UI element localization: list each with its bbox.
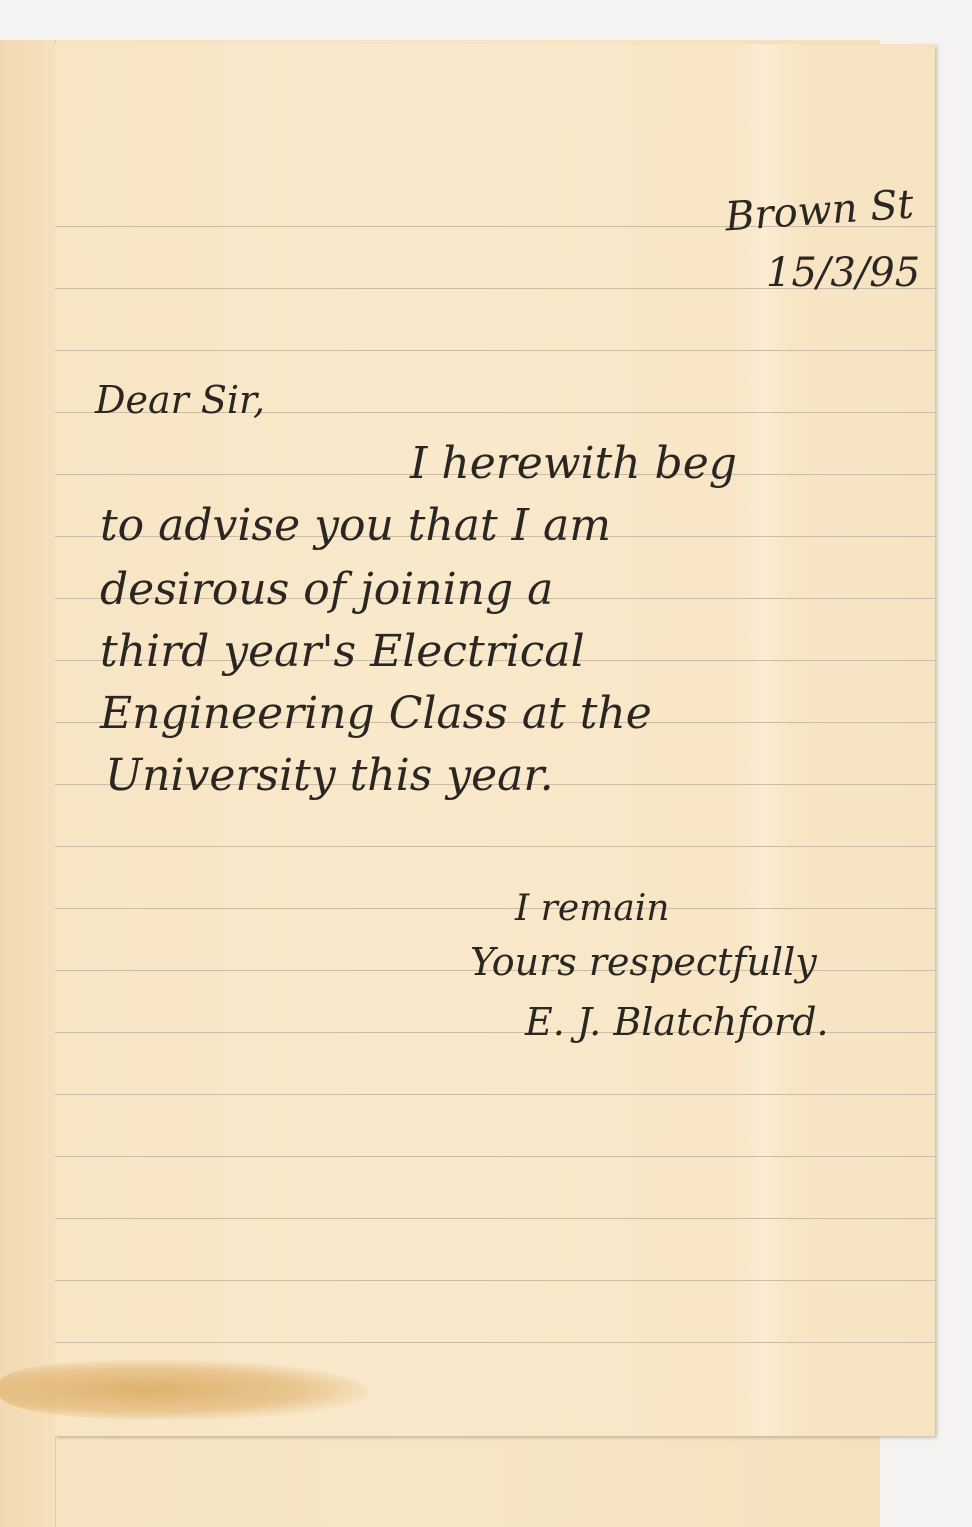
body-line: University this year. [105, 750, 554, 801]
body-line: to advise you that I am [100, 500, 611, 551]
closing-remain: I remain [515, 888, 669, 929]
ruled-line [55, 1280, 935, 1281]
body-line: Engineering Class at the [100, 688, 652, 739]
ruled-line [55, 350, 935, 351]
ruled-line [55, 1218, 935, 1219]
closing-valediction: Yours respectfully [470, 940, 817, 984]
ruled-line [55, 846, 935, 847]
salutation: Dear Sir, [95, 378, 265, 422]
ruled-line [55, 908, 935, 909]
signature: E. J. Blatchford. [525, 1000, 829, 1044]
body-line: third year's Electrical [100, 626, 585, 677]
date: 15/3/95 [766, 250, 920, 296]
ruled-line [55, 1094, 935, 1095]
left-page-edge [0, 40, 56, 1527]
body-line: I herewith beg [410, 438, 737, 489]
ruled-line [55, 1342, 935, 1343]
body-line: desirous of joining a [100, 564, 553, 615]
ruled-line [55, 1156, 935, 1157]
